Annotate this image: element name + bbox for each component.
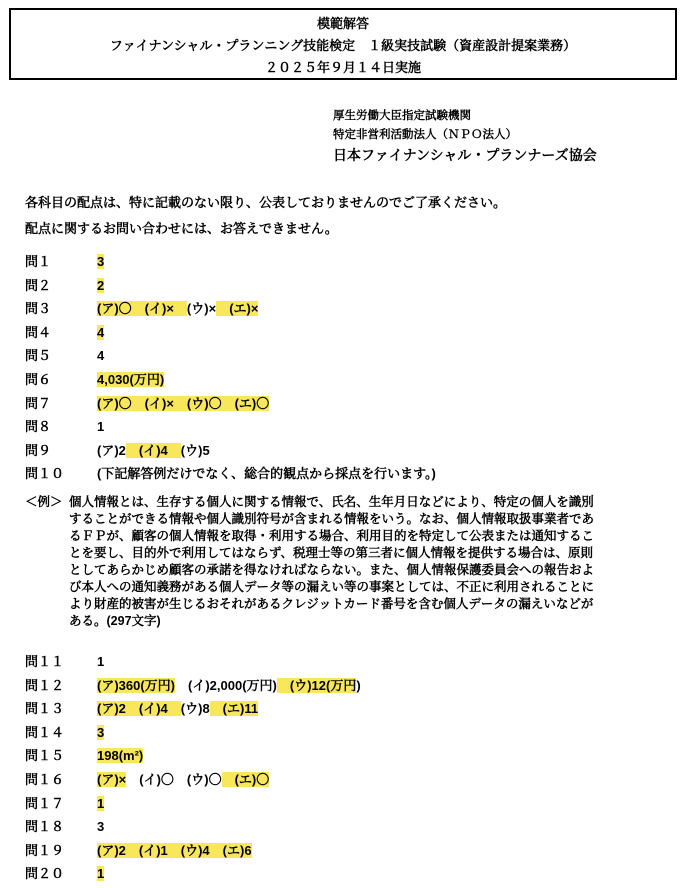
answer-text-q13: (ア)2 (イ)4 (ウ)8 (エ)11 — [97, 701, 258, 716]
answer-row-q12: 問１２(ア)360(万円) (イ)2,000(万円) (ウ)12(万円) — [25, 674, 361, 698]
question-label-q8: 問８ — [25, 415, 97, 439]
highlighted-answer-segment: 198(m²) — [97, 748, 143, 763]
answer-row-q18: 問１８3 — [25, 815, 361, 839]
highlighted-answer-segment: 3 — [97, 725, 104, 740]
question-label-q7: 問７ — [25, 392, 97, 416]
answer-text-q18: 3 — [97, 819, 104, 834]
answer-text-q11: 1 — [97, 654, 104, 669]
answer-text-q17: 1 — [97, 796, 104, 811]
answer-text-q20: 1 — [97, 866, 104, 881]
answer-row-q15: 問１５198(m²) — [25, 744, 361, 768]
question-label-q10: 問１０ — [25, 462, 97, 486]
answer-row-q1: 問１3 — [25, 250, 436, 274]
title-exam-date: ２０２５年９月１４日実施 — [11, 61, 675, 75]
question-label-q13: 問１３ — [25, 697, 97, 721]
answer-row-q10: 問１０(下記解答例だけでなく、総合的観点から採点を行います。) — [25, 462, 436, 486]
question-label-q16: 問１６ — [25, 768, 97, 792]
question-label-q17: 問１７ — [25, 792, 97, 816]
answer-row-q5: 問５4 — [25, 344, 436, 368]
answer-row-q9: 問９(ア)2 (イ)4 (ウ)5 — [25, 439, 436, 463]
answer-segment: 3 — [97, 819, 104, 834]
answer-row-q13: 問１３(ア)2 (イ)4 (ウ)8 (エ)11 — [25, 697, 361, 721]
title-heading: 模範解答 — [11, 17, 675, 31]
answer-text-q2: 2 — [97, 278, 104, 293]
answers-q11-q20: 問１１1問１２(ア)360(万円) (イ)2,000(万円) (ウ)12(万円)… — [25, 650, 361, 886]
model-answer-page: 模範解答 ファイナンシャル・プランニング技能検定 １級実技試験（資産設計提案業務… — [0, 0, 686, 888]
notice-line-2: 配点に関するお問い合わせには、お答えできません。 — [25, 216, 506, 242]
highlighted-answer-segment: 4,030(万円) — [97, 372, 164, 387]
example-label: ＜例＞ — [25, 494, 69, 630]
highlighted-answer-segment: (ア)360(万円) — [97, 678, 175, 693]
question-label-q3: 問３ — [25, 297, 97, 321]
question-label-q2: 問２ — [25, 274, 97, 298]
answer-text-q14: 3 — [97, 725, 104, 740]
highlighted-answer-segment: 3 — [97, 254, 104, 269]
highlighted-answer-segment: (ア)2 (イ)1 (ウ)4 (エ)6 — [97, 843, 252, 858]
notice-line-1: 各科目の配点は、特に記載のない限り、公表しておりませんのでご了承ください。 — [25, 190, 506, 216]
answer-text-q15: 198(m²) — [97, 748, 143, 763]
question-label-q14: 問１４ — [25, 721, 97, 745]
answer-text-q1: 3 — [97, 254, 104, 269]
highlighted-answer-segment: 4 — [97, 325, 104, 340]
answer-text-q9: (ア)2 (イ)4 (ウ)5 — [97, 443, 210, 458]
answer-segment: (イ)〇 (ウ)〇 — [126, 772, 221, 787]
highlighted-answer-segment: (エ)× — [216, 301, 258, 316]
answer-text-q5: 4 — [97, 348, 104, 363]
answer-row-q19: 問１９(ア)2 (イ)1 (ウ)4 (エ)6 — [25, 839, 361, 863]
question-label-q19: 問１９ — [25, 839, 97, 863]
highlighted-answer-segment: (ア)〇 (イ)× — [97, 301, 187, 316]
highlighted-answer-segment: (ア)2 (イ)4 — [97, 701, 181, 716]
example-block: ＜例＞ 個人情報とは、生存する個人に関する情報で、氏名、生年月日などにより、特定… — [25, 494, 681, 630]
example-text: 個人情報とは、生存する個人に関する情報で、氏名、生年月日などにより、特定の個人を… — [69, 494, 681, 630]
answer-row-q16: 問１６(ア)× (イ)〇 (ウ)〇 (エ)〇 — [25, 768, 361, 792]
answer-segment: 1 — [97, 419, 104, 434]
question-label-q18: 問１８ — [25, 815, 97, 839]
highlighted-answer-segment: 1 — [97, 866, 104, 881]
answer-row-q3: 問３(ア)〇 (イ)× (ウ)× (エ)× — [25, 297, 436, 321]
answer-text-q6: 4,030(万円) — [97, 372, 164, 387]
answer-text-q4: 4 — [97, 325, 104, 340]
answer-row-q7: 問７(ア)〇 (イ)× (ウ)〇 (エ)〇 — [25, 392, 436, 416]
answer-text-q3: (ア)〇 (イ)× (ウ)× (エ)× — [97, 301, 258, 316]
question-label-q12: 問１２ — [25, 674, 97, 698]
answer-segment: ) — [356, 678, 360, 693]
question-label-q6: 問６ — [25, 368, 97, 392]
highlighted-answer-segment: (エ)11 — [210, 701, 258, 716]
title-exam-name: ファイナンシャル・プランニング技能検定 １級実技試験（資産設計提案業務） — [11, 39, 675, 53]
answer-row-q14: 問１４3 — [25, 721, 361, 745]
org-npo-type: 特定非営利活動法人（ＮＰＯ法人） — [333, 126, 597, 145]
answer-segment: (ウ)5 — [181, 443, 210, 458]
answer-text-q16: (ア)× (イ)〇 (ウ)〇 (エ)〇 — [97, 772, 269, 787]
question-label-q15: 問１５ — [25, 744, 97, 768]
answer-row-q17: 問１７1 — [25, 792, 361, 816]
highlighted-answer-segment: (ア)× — [97, 772, 126, 787]
answer-segment: (下記解答例だけでなく、総合的観点から採点を行います。) — [97, 466, 436, 481]
highlighted-answer-segment: 1 — [97, 796, 104, 811]
answer-text-q10: (下記解答例だけでなく、総合的観点から採点を行います。) — [97, 466, 436, 481]
answer-text-q7: (ア)〇 (イ)× (ウ)〇 (エ)〇 — [97, 396, 269, 411]
question-label-q11: 問１１ — [25, 650, 97, 674]
answer-segment: (ウ)8 — [181, 701, 210, 716]
answer-row-q4: 問４4 — [25, 321, 436, 345]
answer-segment: (ア)2 — [97, 443, 126, 458]
answer-text-q12: (ア)360(万円) (イ)2,000(万円) (ウ)12(万円) — [97, 678, 361, 693]
answer-text-q8: 1 — [97, 419, 104, 434]
title-box: 模範解答 ファイナンシャル・プランニング技能検定 １級実技試験（資産設計提案業務… — [9, 8, 677, 80]
question-label-q20: 問２０ — [25, 862, 97, 886]
highlighted-answer-segment: (ア)〇 (イ)× (ウ)〇 (エ)〇 — [97, 396, 269, 411]
answer-segment: 1 — [97, 654, 104, 669]
answer-row-q11: 問１１1 — [25, 650, 361, 674]
question-label-q9: 問９ — [25, 439, 97, 463]
answer-row-q8: 問８1 — [25, 415, 436, 439]
highlighted-answer-segment: (エ)〇 — [222, 772, 270, 787]
highlighted-answer-segment: (ウ)12(万円 — [277, 678, 356, 693]
answers-q1-q10: 問１3問２2問３(ア)〇 (イ)× (ウ)× (エ)×問４4問５4問６4,030… — [25, 250, 436, 486]
answer-row-q6: 問６4,030(万円) — [25, 368, 436, 392]
notice-block: 各科目の配点は、特に記載のない限り、公表しておりませんのでご了承ください。 配点… — [25, 190, 506, 242]
organization-block: 厚生労働大臣指定試験機関 特定非営利活動法人（ＮＰＯ法人） 日本ファイナンシャル… — [333, 107, 597, 164]
answer-segment: (ウ)× — [187, 301, 216, 316]
highlighted-answer-segment: 2 — [97, 278, 104, 293]
org-name: 日本ファイナンシャル・プランナーズ協会 — [333, 146, 597, 164]
answer-segment: 4 — [97, 348, 104, 363]
question-label-q4: 問４ — [25, 321, 97, 345]
highlighted-answer-segment: (イ)4 — [126, 443, 181, 458]
question-label-q1: 問１ — [25, 250, 97, 274]
answer-row-q2: 問２2 — [25, 274, 436, 298]
answer-segment: (イ)2,000(万円) — [175, 678, 277, 693]
answer-text-q19: (ア)2 (イ)1 (ウ)4 (エ)6 — [97, 843, 252, 858]
answer-row-q20: 問２０1 — [25, 862, 361, 886]
question-label-q5: 問５ — [25, 344, 97, 368]
org-designation: 厚生労働大臣指定試験機関 — [333, 107, 597, 126]
